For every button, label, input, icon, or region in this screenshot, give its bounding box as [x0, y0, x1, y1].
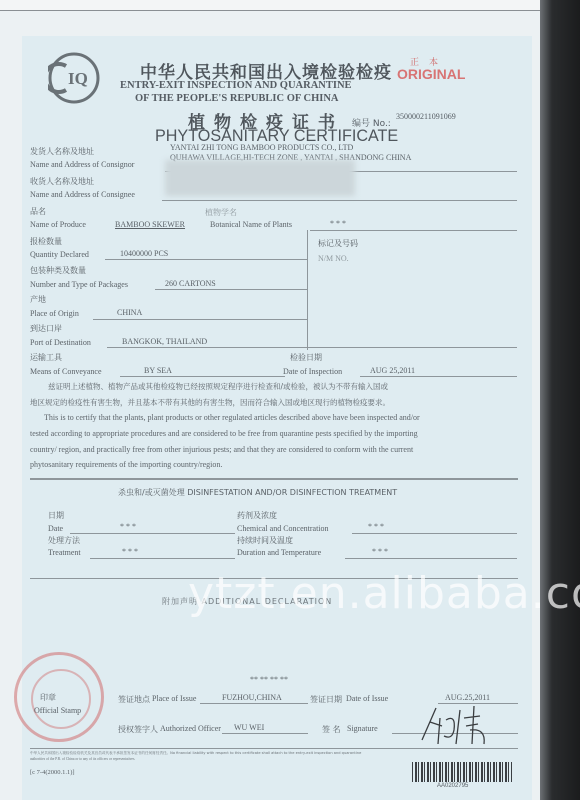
place-of-issue-value: FUZHOU,CHINA: [222, 693, 282, 702]
date-of-issue-label-cn: 签证日期: [310, 694, 342, 705]
divider: [310, 230, 517, 231]
chemical-label-en: Chemical and Concentration: [237, 524, 329, 533]
certification-cn-line2: 地区规定的检疫性有害生物，并且基本不带有其他的有害生物，因而符合输入国或地区现行…: [30, 397, 390, 408]
origin-label-en: Place of Origin: [30, 309, 79, 318]
consignor-label-en: Name and Address of Consignor: [30, 160, 134, 169]
redacted-consignee: [165, 160, 355, 196]
consignee-label-en: Name and Address of Consignee: [30, 190, 135, 199]
certification-en-line4: phytosanitary requirements of the import…: [30, 460, 222, 469]
origin-label-cn: 产地: [30, 294, 46, 305]
quantity-label-cn: 报检数量: [30, 236, 62, 247]
treatment-method-value: * * *: [122, 547, 138, 556]
packages-label-en: Number and Type of Packages: [30, 280, 128, 289]
stamp-label-en: Official Stamp: [34, 706, 81, 715]
treatment-method-label-en: Treatment: [48, 548, 81, 557]
officer-label-cn: 授权签字人: [118, 724, 158, 735]
divider: [200, 703, 308, 704]
place-of-issue-label-cn: 签证地点: [118, 694, 150, 705]
packages-value: 260 CARTONS: [165, 279, 216, 288]
stamp-label-cn: 印章: [40, 692, 56, 703]
watermark: ytzt.en.alibaba.com: [188, 568, 580, 619]
produce-label-cn: 品名: [30, 206, 46, 217]
quantity-value: 10400000 PCS: [120, 249, 168, 258]
botanical-value: * * *: [330, 219, 346, 228]
quantity-label-en: Quantity Declared: [30, 250, 89, 259]
marks-value: N/M NO.: [318, 254, 349, 263]
divider: [90, 558, 235, 559]
botanical-label-en: Botanical Name of Plants: [210, 220, 292, 229]
scan-background: [540, 0, 580, 800]
page-top-edge: [0, 0, 580, 11]
botanical-label-cn: 植物学名: [205, 207, 237, 218]
duration-label-cn: 持续时间及温度: [237, 535, 293, 546]
inspection-date-value: AUG 25,2011: [370, 366, 415, 375]
certification-en-line3: country/ region, and practically free fr…: [30, 445, 413, 454]
certificate-number: 350000211091069: [396, 112, 456, 121]
divider: [30, 478, 518, 480]
destination-label-en: Port of Destination: [30, 338, 91, 347]
marks-box-border: [307, 230, 308, 350]
chemical-label-cn: 药剂及浓度: [237, 510, 277, 521]
ciq-logo-icon: IQ: [48, 52, 100, 104]
agency-en-line1: ENTRY-EXIT INSPECTION AND QUARANTINE: [120, 80, 352, 91]
conveyance-value: BY SEA: [144, 366, 172, 375]
destination-label-cn: 到达口岸: [30, 323, 62, 334]
signature-label-cn: 签 名: [322, 724, 341, 735]
agency-en-line2: OF THE PEOPLE'S REPUBLIC OF CHINA: [135, 93, 339, 104]
number-label: 编号 No.:: [352, 116, 391, 129]
divider: [107, 347, 517, 348]
inspection-label-cn: 检验日期: [290, 352, 322, 363]
inspection-label-en: Date of Inspection: [283, 367, 342, 376]
treatment-heading: 杀虫和/或灭菌处理 DISINFESTATION AND/OR DISINFEC…: [118, 487, 397, 498]
place-of-issue-label-en: Place of Issue: [152, 694, 196, 703]
treatment-date-value: * * *: [120, 522, 136, 531]
additional-stars: ** ** ** **: [250, 675, 288, 684]
certification-cn-line1: 兹证明上述植物、植物产品或其他检疫物已经按照规定程序进行检查和/或检验，被认为不…: [48, 381, 388, 392]
divider: [155, 289, 307, 290]
liability-line2: authorities of the P.R. of China or to a…: [30, 757, 135, 761]
marks-label-cn: 标记及号码: [318, 238, 358, 249]
packages-label-cn: 包装种类及数量: [30, 265, 86, 276]
original-label: ORIGINAL: [397, 66, 465, 82]
produce-value: BAMBOO SKEWER: [115, 220, 185, 229]
barcode-number: AA0202795: [437, 783, 468, 789]
origin-value: CHINA: [117, 308, 142, 317]
divider: [222, 733, 308, 734]
signature-label-en: Signature: [347, 724, 378, 733]
duration-value: * * *: [372, 547, 388, 556]
official-stamp-seal: [14, 652, 104, 742]
treatment-date-label-cn: 日期: [48, 510, 64, 521]
divider: [162, 200, 517, 201]
consignor-label-cn: 发货人名称及地址: [30, 146, 94, 157]
produce-label-en: Name of Produce: [30, 220, 86, 229]
treatment-method-label-cn: 处理方法: [48, 535, 80, 546]
destination-value: BANGKOK, THAILAND: [122, 337, 207, 346]
divider: [345, 558, 517, 559]
divider: [120, 376, 285, 377]
divider: [70, 533, 235, 534]
chemical-value: * * *: [368, 522, 384, 531]
conveyance-label-cn: 运输工具: [30, 352, 62, 363]
barcode-icon: [412, 762, 512, 782]
consignor-value-line1: YANTAI ZHI TONG BAMBOO PRODUCTS CO., LTD: [170, 143, 353, 152]
officer-value: WU WEI: [234, 723, 264, 732]
divider: [352, 533, 517, 534]
divider: [105, 259, 307, 260]
divider: [360, 376, 517, 377]
conveyance-label-en: Means of Conveyance: [30, 367, 102, 376]
duration-label-en: Duration and Temperature: [237, 548, 321, 557]
divider: [30, 748, 518, 749]
date-of-issue-label-en: Date of Issue: [346, 694, 388, 703]
svg-text:IQ: IQ: [68, 69, 88, 88]
certification-en-line1: This is to certify that the plants, plan…: [44, 413, 420, 422]
form-code: [c 7-4(2000.1.1)]: [30, 769, 75, 776]
consignee-label-cn: 收货人名称及地址: [30, 176, 94, 187]
liability-line1: 中华人民共和国出入境检验检疫机关及其官员或代表不承担签发本证书的任何财经责任。N…: [30, 751, 361, 756]
divider: [93, 319, 307, 320]
signature-icon: [408, 700, 518, 750]
treatment-date-label-en: Date: [48, 524, 63, 533]
certification-en-line2: tested according to appropriate procedur…: [30, 429, 418, 438]
officer-label-en: Authorized Officer: [160, 724, 221, 733]
